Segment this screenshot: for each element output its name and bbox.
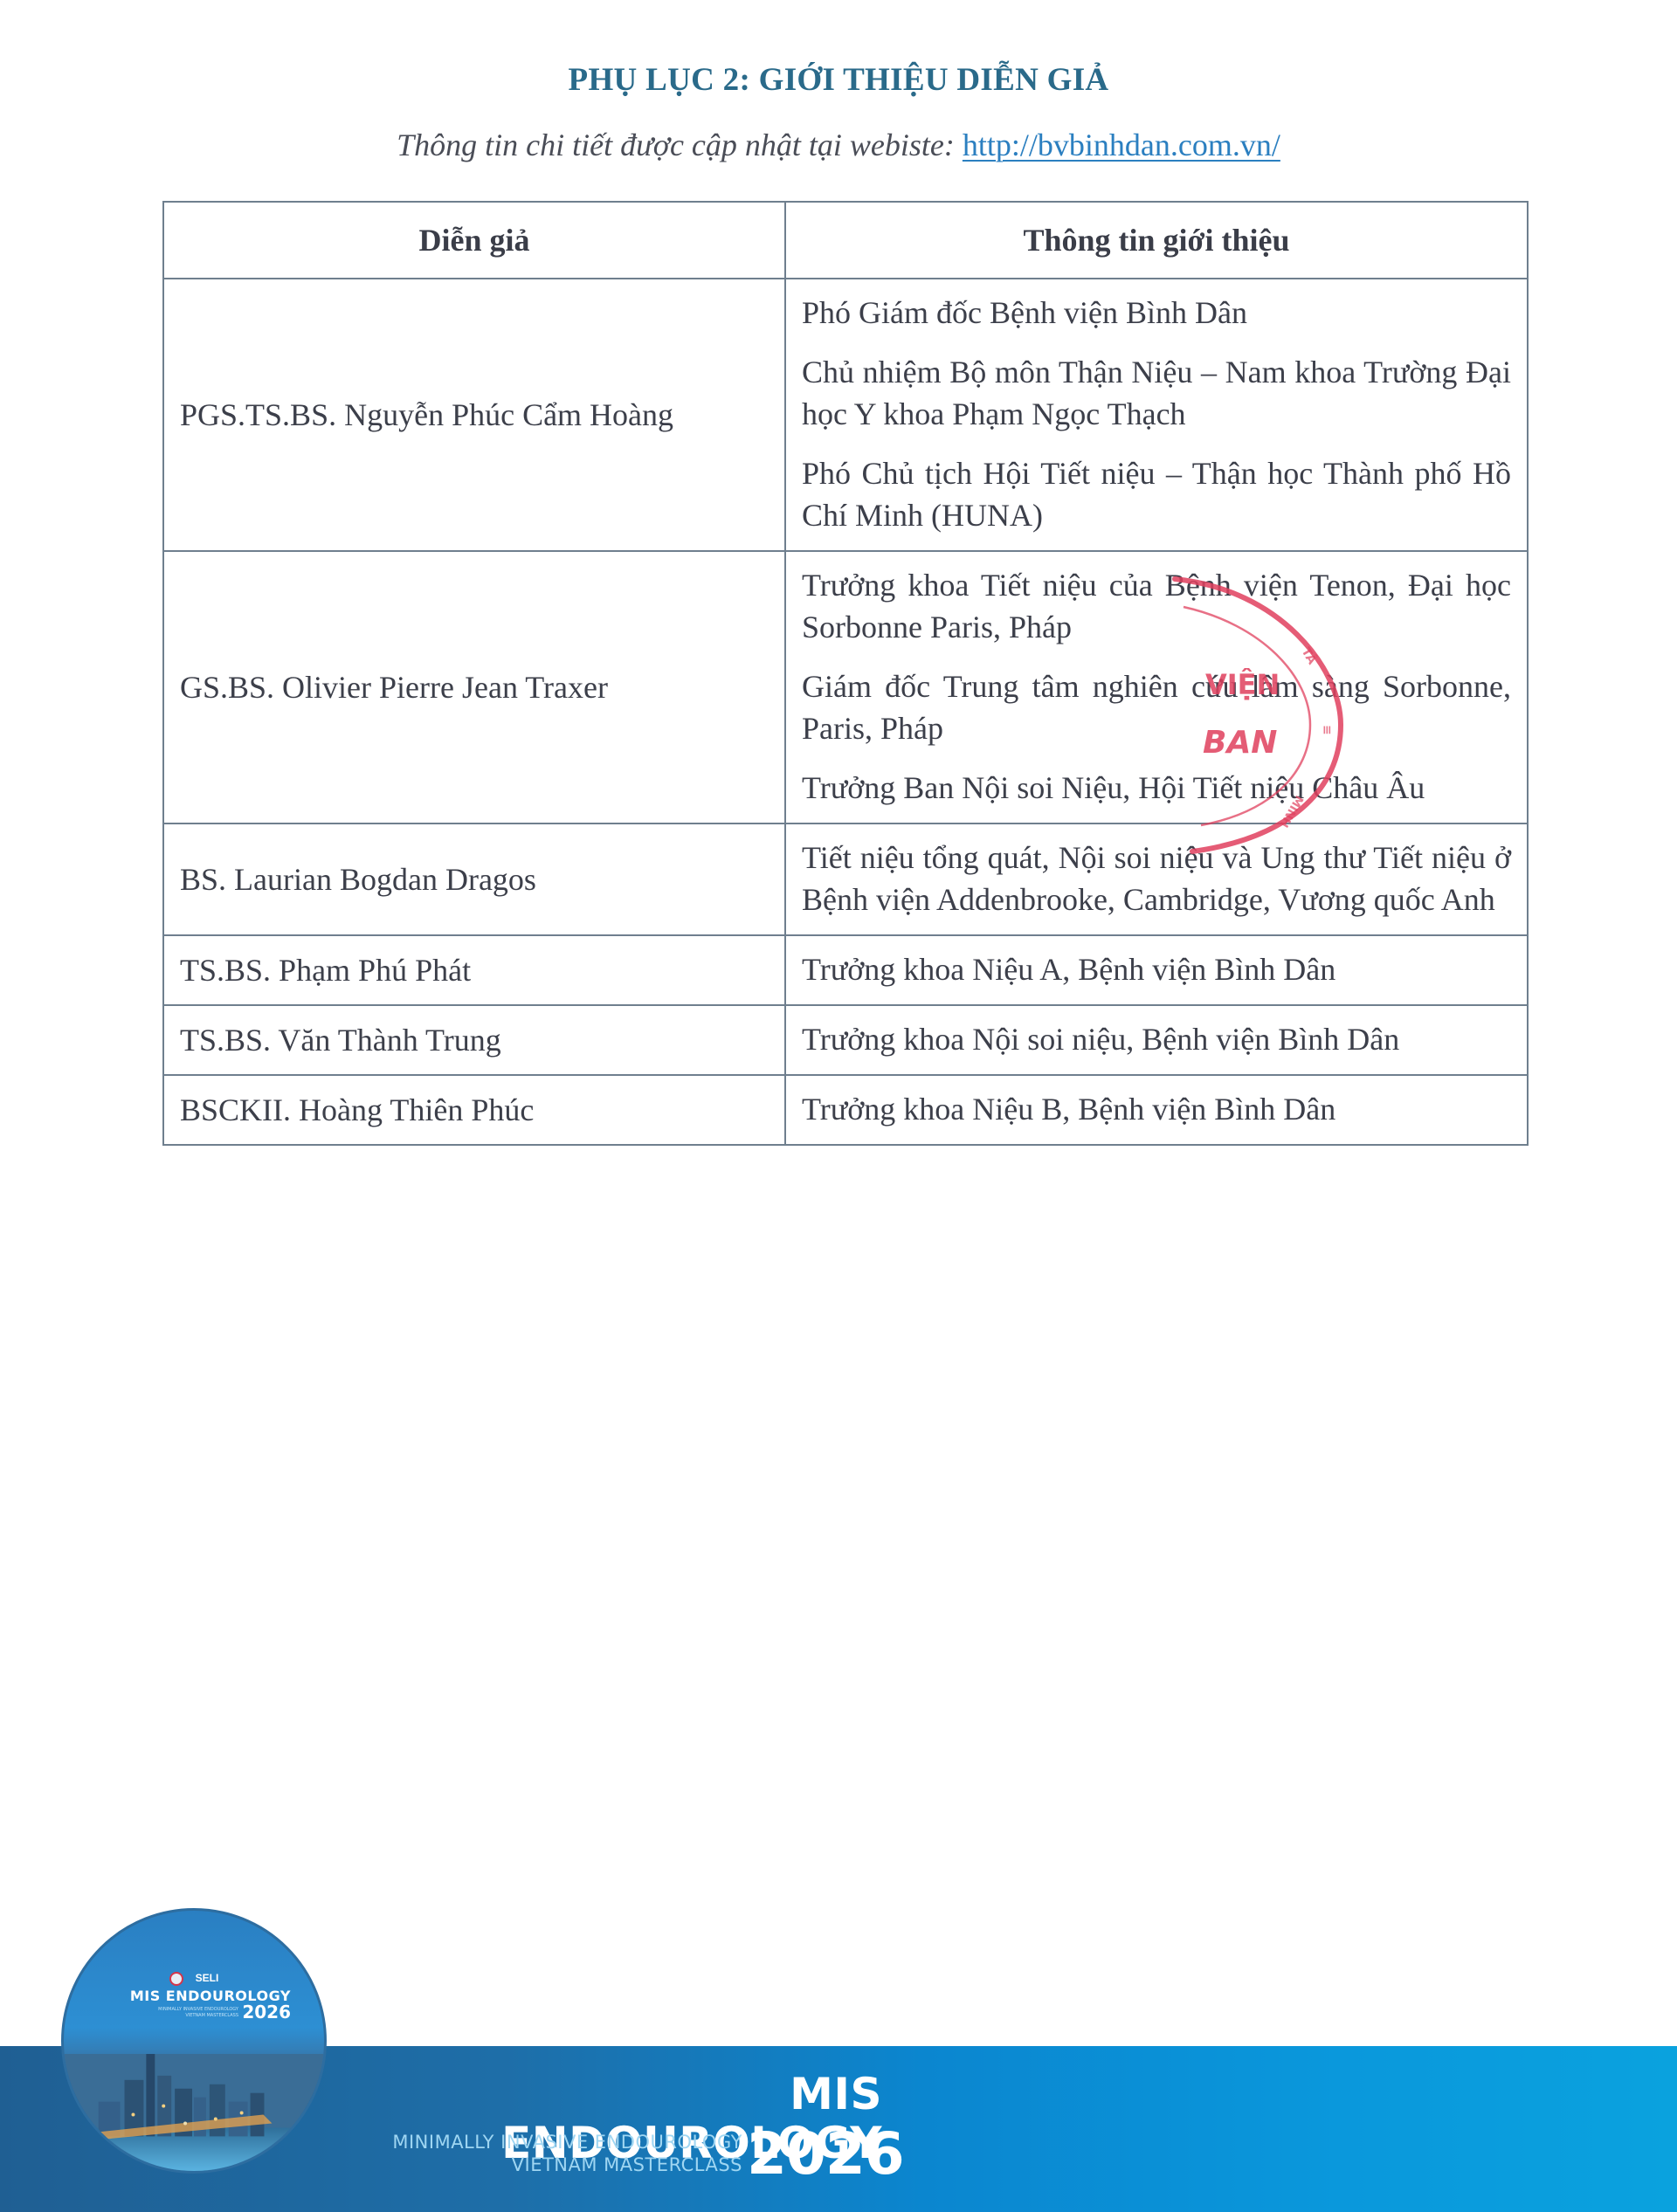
banner-sub-line1: MINIMALLY INVASIVE ENDOUROLOGY bbox=[332, 2131, 742, 2153]
logo-year: 2026 bbox=[107, 2002, 291, 2022]
page-title: PHỤ LỤC 2: GIỚI THIỆU DIỄN GIẢ bbox=[0, 61, 1677, 99]
speaker-info: Trưởng khoa Niệu A, Bệnh viện Bình Dân bbox=[785, 935, 1528, 1005]
table-row: BSCKII. Hoàng Thiên Phúc Trưởng khoa Niệ… bbox=[163, 1075, 1528, 1145]
page-subtitle: Thông tin chi tiết được cập nhật tại web… bbox=[0, 127, 1677, 163]
speakers-table: Diễn giả Thông tin giới thiệu PGS.TS.BS.… bbox=[162, 201, 1529, 1146]
table-header-row: Diễn giả Thông tin giới thiệu bbox=[163, 202, 1528, 279]
speaker-info: Trưởng khoa Nội soi niệu, Bệnh viện Bình… bbox=[785, 1005, 1528, 1075]
speaker-name: BS. Laurian Bogdan Dragos bbox=[163, 823, 785, 935]
speaker-info: Trưởng khoa Tiết niệu của Bệnh viện Teno… bbox=[785, 551, 1528, 823]
partner-mark: SELI bbox=[196, 1972, 219, 1984]
info-line: Phó Chủ tịch Hội Tiết niệu – Thận học Th… bbox=[802, 452, 1511, 536]
speaker-name: PGS.TS.BS. Nguyễn Phúc Cẩm Hoàng bbox=[163, 279, 785, 551]
speaker-info: Trưởng khoa Niệu B, Bệnh viện Bình Dân bbox=[785, 1075, 1528, 1145]
table-row: PGS.TS.BS. Nguyễn Phúc Cẩm Hoàng Phó Giá… bbox=[163, 279, 1528, 551]
info-line: Trưởng khoa Niệu B, Bệnh viện Bình Dân bbox=[802, 1088, 1511, 1130]
info-line: Trưởng Ban Nội soi Niệu, Hội Tiết niệu C… bbox=[802, 767, 1511, 809]
speaker-name: TS.BS. Phạm Phú Phát bbox=[163, 935, 785, 1005]
info-line: Trưởng khoa Nội soi niệu, Bệnh viện Bình… bbox=[802, 1018, 1511, 1060]
banner-sub-line2: VIETNAM MASTERCLASS bbox=[332, 2153, 742, 2176]
info-line: Chủ nhiệm Bộ môn Thận Niệu – Nam khoa Tr… bbox=[802, 351, 1511, 435]
table-row: GS.BS. Olivier Pierre Jean Traxer Trưởng… bbox=[163, 551, 1528, 823]
column-header-speaker: Diễn giả bbox=[163, 202, 785, 279]
subtitle-text: Thông tin chi tiết được cập nhật tại web… bbox=[397, 127, 963, 162]
speaker-name: TS.BS. Văn Thành Trung bbox=[163, 1005, 785, 1075]
speaker-name: GS.BS. Olivier Pierre Jean Traxer bbox=[163, 551, 785, 823]
speaker-info: Tiết niệu tổng quát, Nội soi niệu và Ung… bbox=[785, 823, 1528, 935]
banner-year: 2026 bbox=[747, 2126, 887, 2183]
partner-logos: SELI bbox=[64, 1972, 324, 1986]
info-line: Giám đốc Trung tâm nghiên cứu lâm sàng S… bbox=[802, 665, 1511, 749]
info-line: Tiết niệu tổng quát, Nội soi niệu và Ung… bbox=[802, 837, 1511, 920]
speaker-info: Phó Giám đốc Bệnh viện Bình Dân Chủ nhiệ… bbox=[785, 279, 1528, 551]
event-logo: SELI MIS ENDOUROLOGY MINIMALLY INVASIVE … bbox=[61, 1908, 327, 2174]
banner-subtitle: MINIMALLY INVASIVE ENDOUROLOGY VIETNAM M… bbox=[332, 2131, 742, 2176]
table-row: TS.BS. Phạm Phú Phát Trưởng khoa Niệu A,… bbox=[163, 935, 1528, 1005]
info-line: Trưởng khoa Niệu A, Bệnh viện Bình Dân bbox=[802, 948, 1511, 990]
info-line: Trưởng khoa Tiết niệu của Bệnh viện Teno… bbox=[802, 564, 1511, 648]
hospital-logo-icon bbox=[169, 1972, 183, 1986]
column-header-info: Thông tin giới thiệu bbox=[785, 202, 1528, 279]
speaker-name: BSCKII. Hoàng Thiên Phúc bbox=[163, 1075, 785, 1145]
info-line: Phó Giám đốc Bệnh viện Bình Dân bbox=[802, 292, 1511, 334]
city-skyline-image bbox=[64, 2054, 324, 2171]
website-link[interactable]: http://bvbinhdan.com.vn/ bbox=[963, 127, 1280, 162]
table-row: BS. Laurian Bogdan Dragos Tiết niệu tổng… bbox=[163, 823, 1528, 935]
table-row: TS.BS. Văn Thành Trung Trưởng khoa Nội s… bbox=[163, 1005, 1528, 1075]
